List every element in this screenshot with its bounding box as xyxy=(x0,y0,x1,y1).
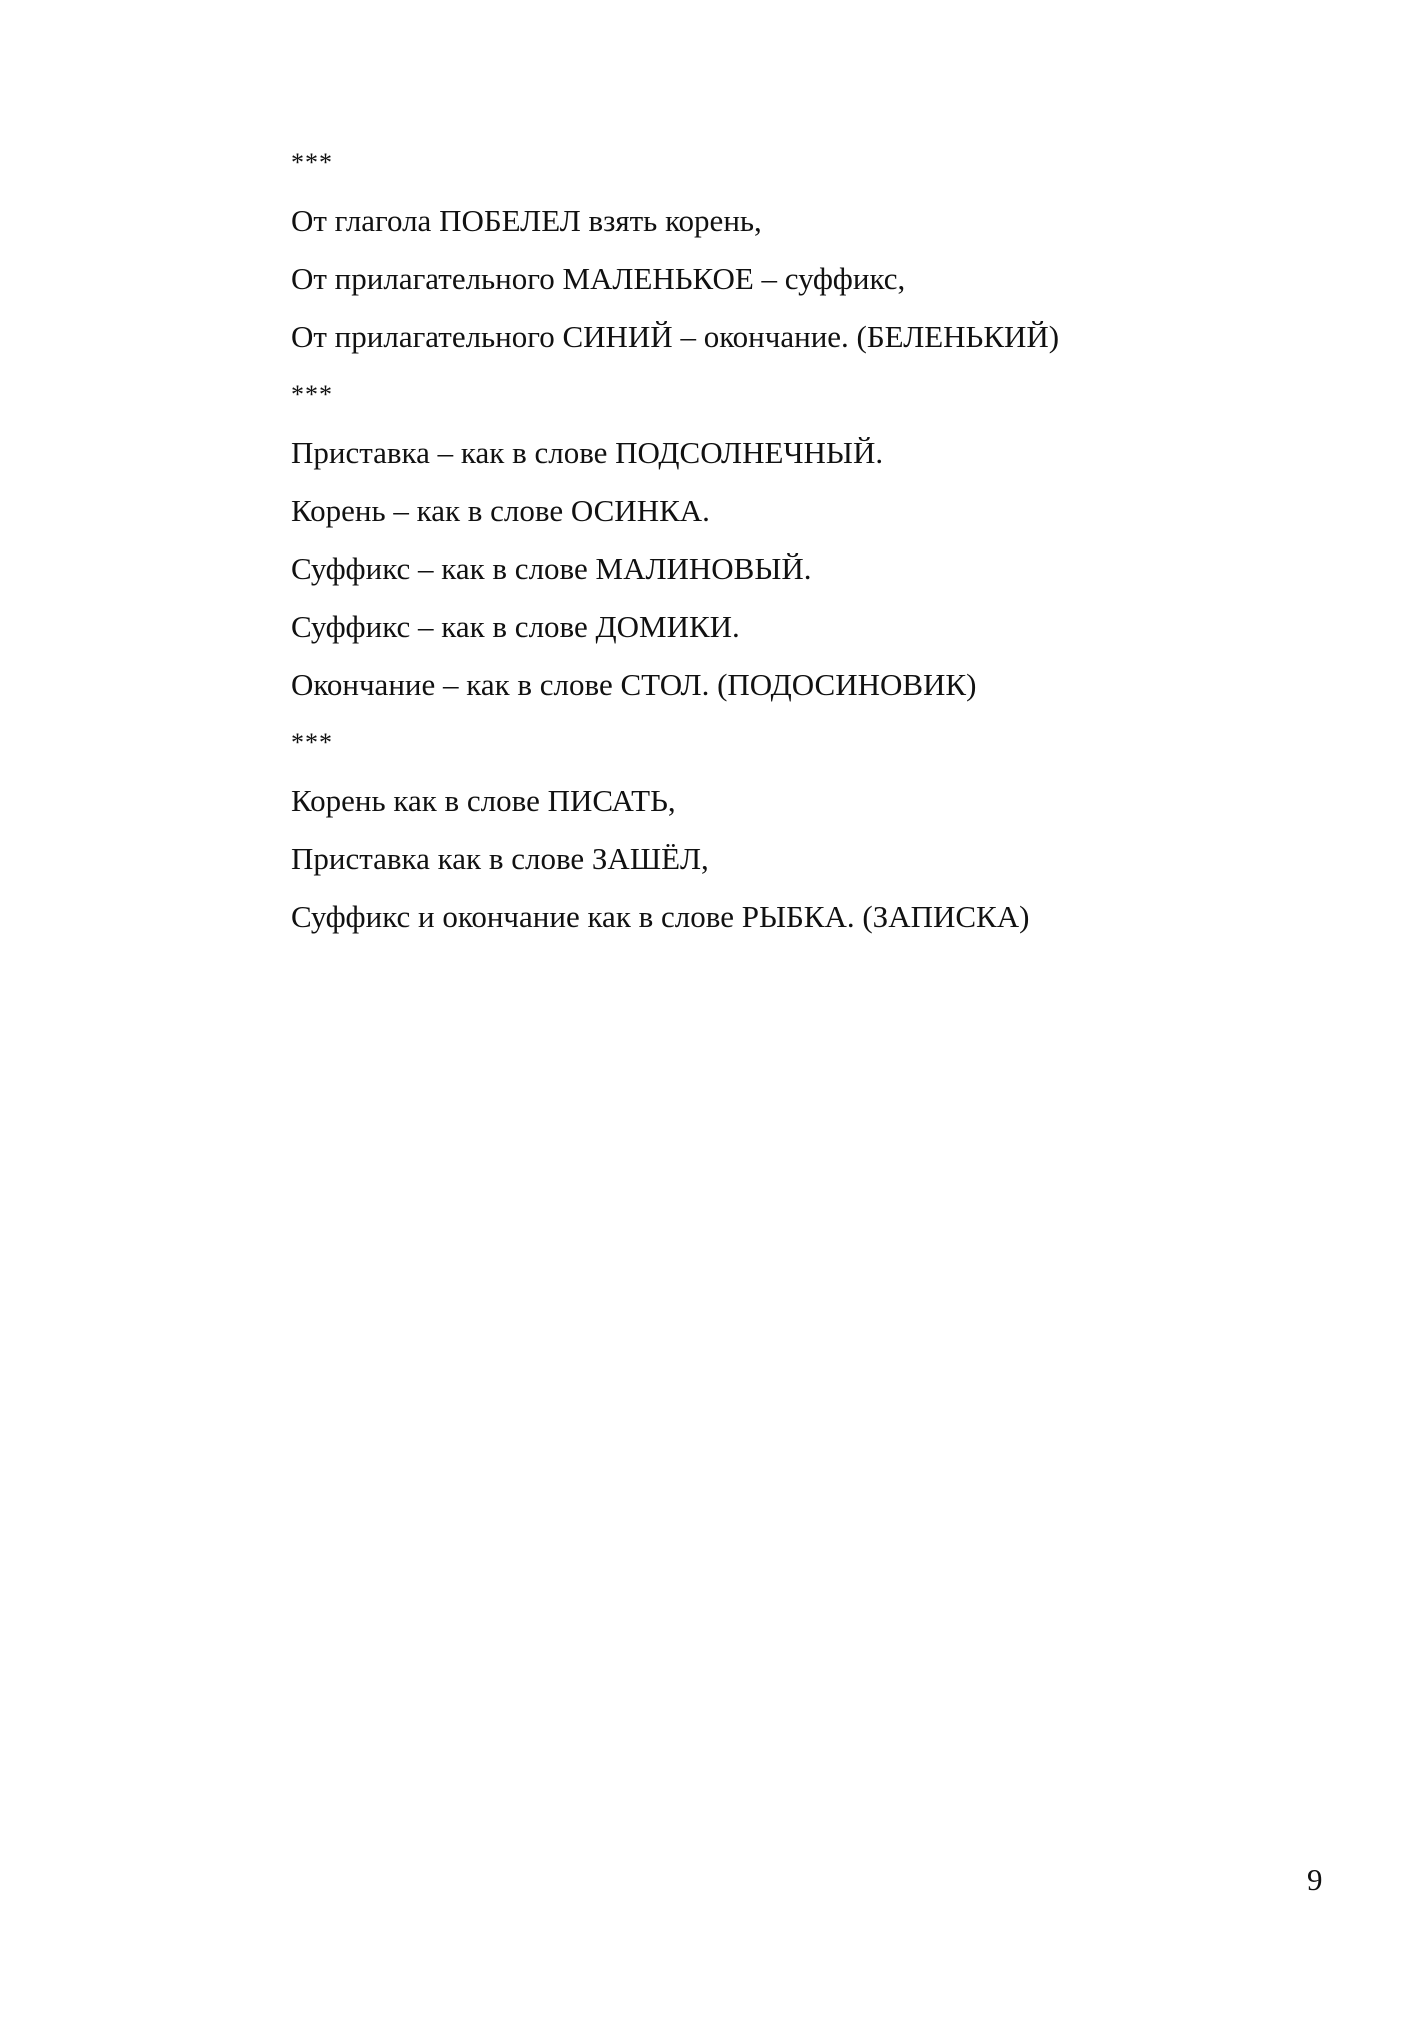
riddle-line: От глагола ПОБЕЛЕЛ взять корень, xyxy=(291,192,1291,250)
riddle-separator: *** xyxy=(291,134,1291,192)
riddle-line: Приставка как в слове ЗАШЁЛ, xyxy=(291,830,1291,888)
page-number: 9 xyxy=(1307,1860,1323,1900)
riddle-separator: *** xyxy=(291,714,1291,772)
document-body: *** От глагола ПОБЕЛЕЛ взять корень, От … xyxy=(291,134,1291,946)
riddle-line: Приставка – как в слове ПОДСОЛНЕЧНЫЙ. xyxy=(291,424,1291,482)
riddle-line: Суффикс – как в слове МАЛИНОВЫЙ. xyxy=(291,540,1291,598)
riddle-line: Корень как в слове ПИСАТЬ, xyxy=(291,772,1291,830)
document-page: *** От глагола ПОБЕЛЕЛ взять корень, От … xyxy=(0,0,1428,2028)
riddle-line: Суффикс и окончание как в слове РЫБКА. (… xyxy=(291,888,1291,946)
riddle-line: Суффикс – как в слове ДОМИКИ. xyxy=(291,598,1291,656)
riddle-line: Корень – как в слове ОСИНКА. xyxy=(291,482,1291,540)
riddle-separator: *** xyxy=(291,366,1291,424)
riddle-line: От прилагательного МАЛЕНЬКОЕ – суффикс, xyxy=(291,250,1291,308)
riddle-line: От прилагательного СИНИЙ – окончание. (Б… xyxy=(291,308,1291,366)
riddle-line: Окончание – как в слове СТОЛ. (ПОДОСИНОВ… xyxy=(291,656,1291,714)
